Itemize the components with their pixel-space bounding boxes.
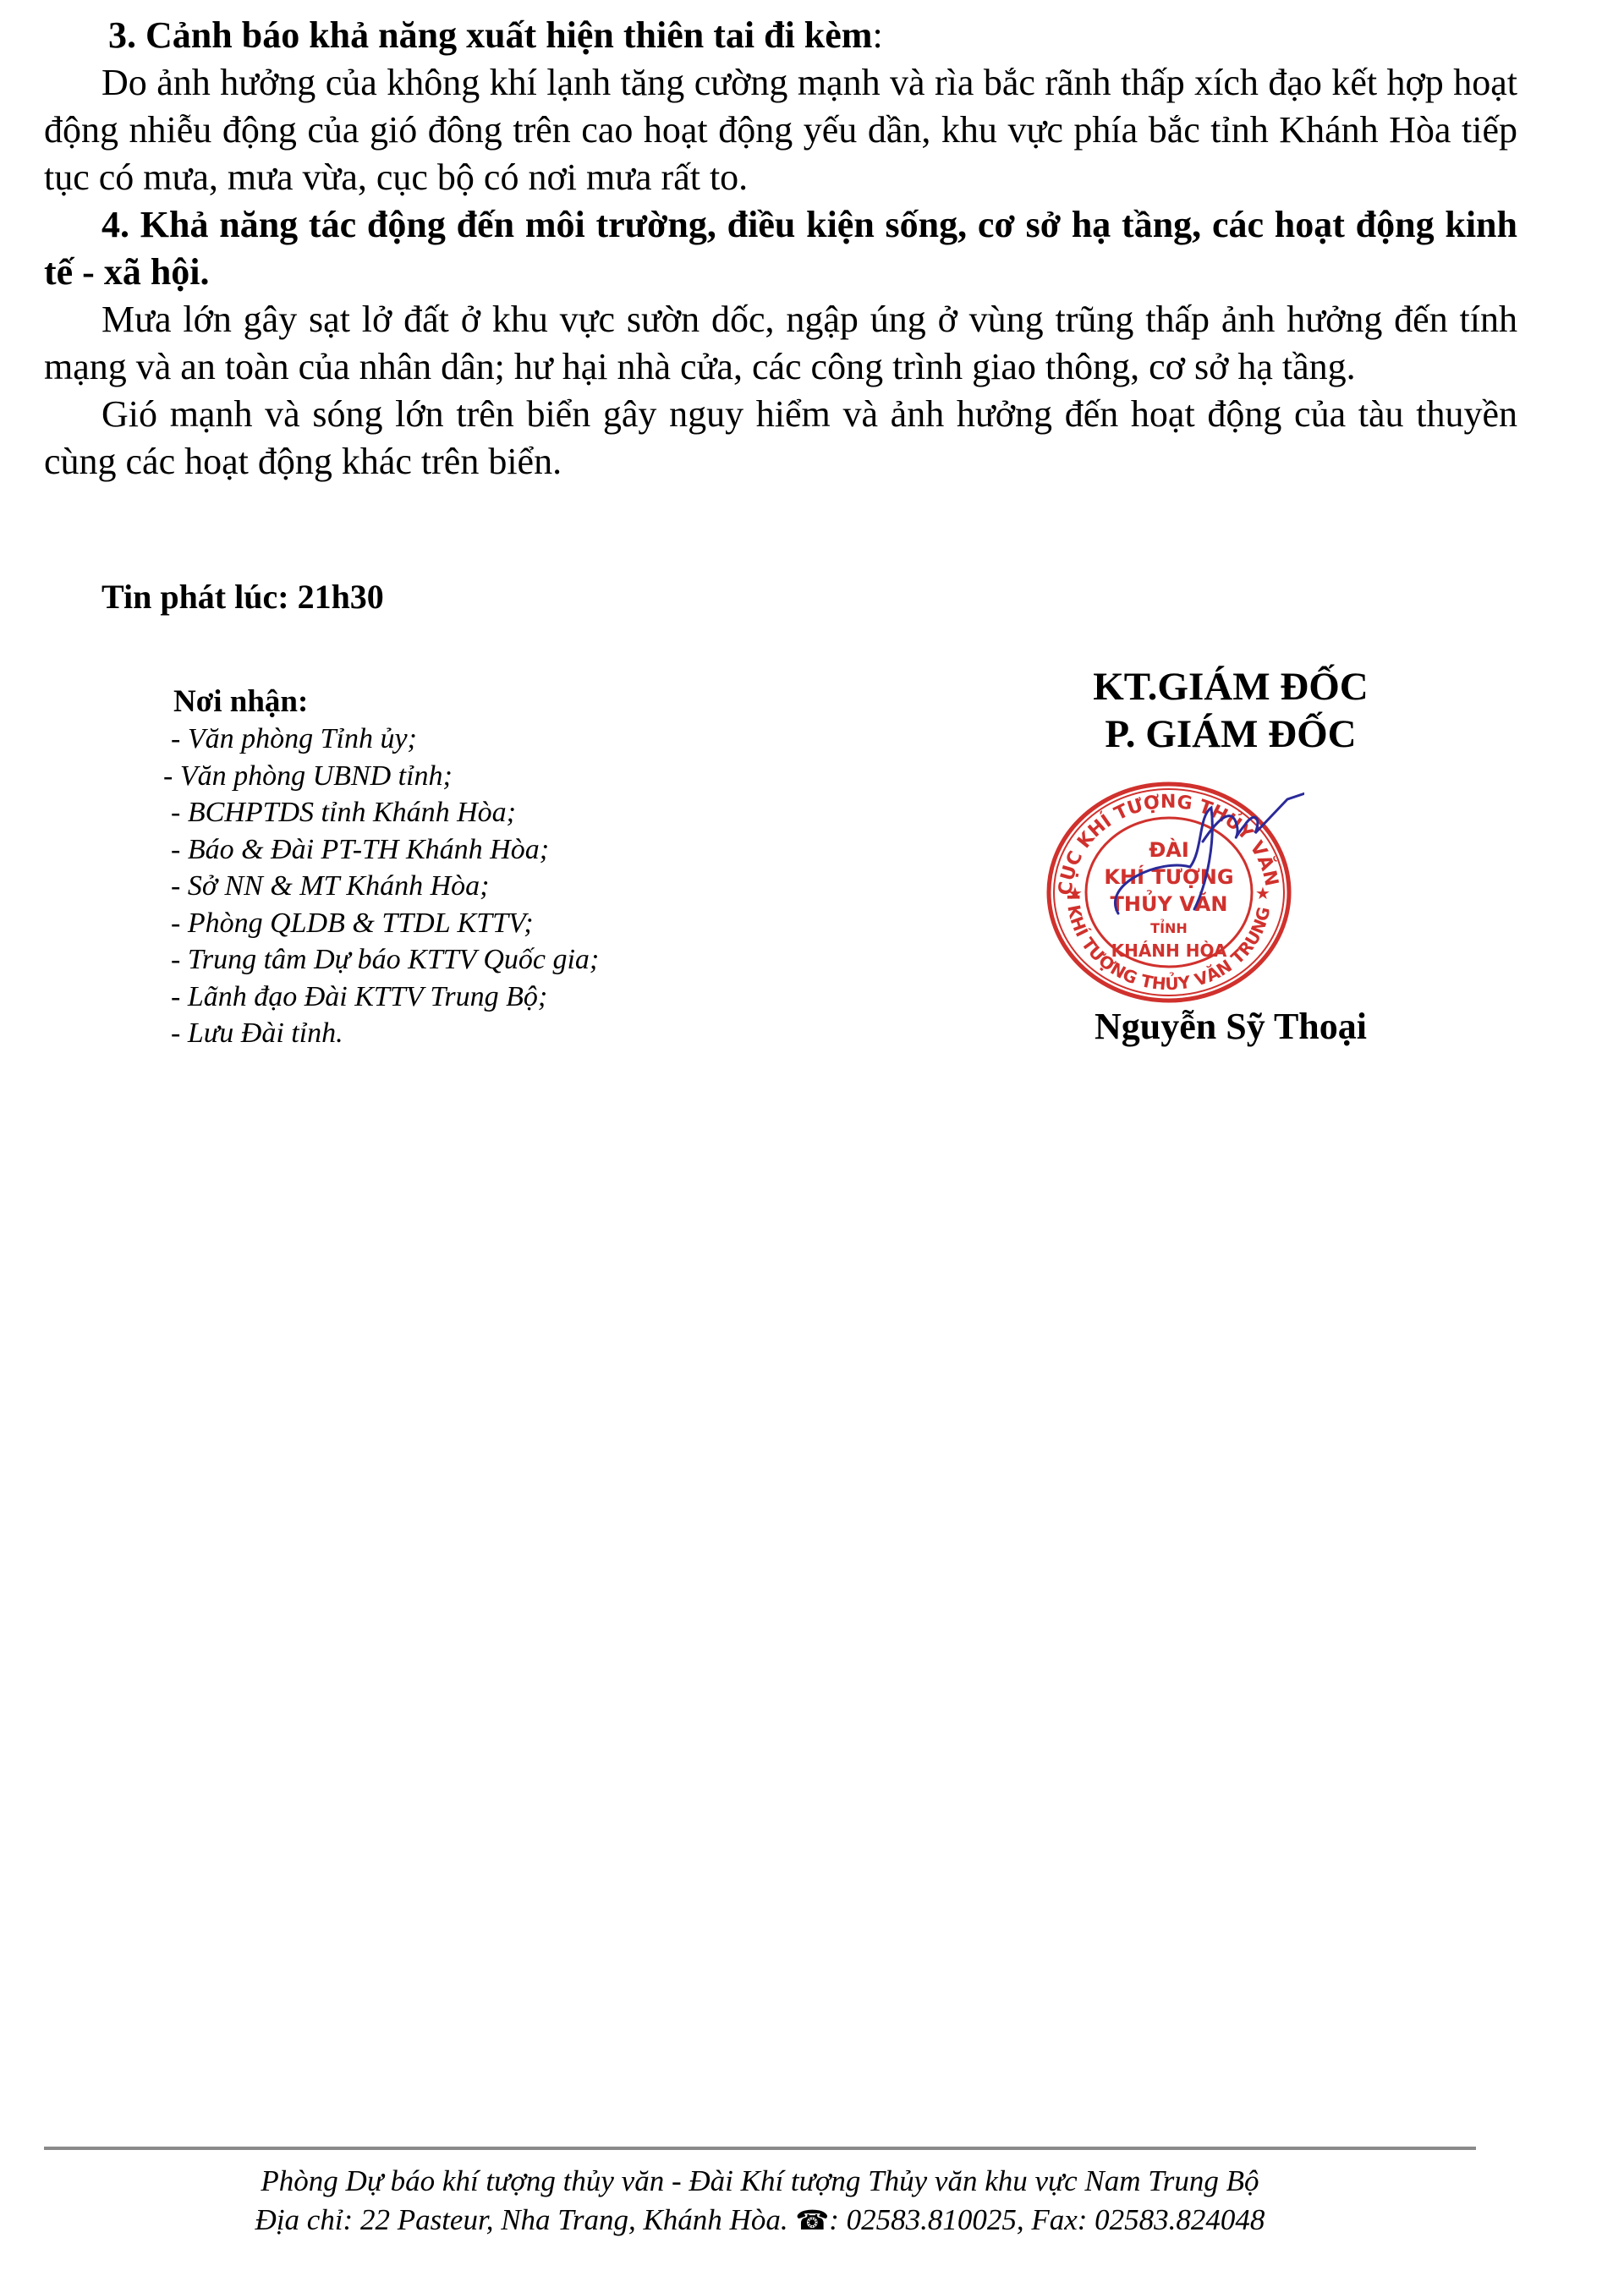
recipient-item: - Lưu Đài tỉnh.	[171, 1015, 599, 1052]
recipient-item: - BCHPTDS tỉnh Khánh Hòa;	[171, 794, 599, 831]
svg-text:ĐÀI: ĐÀI	[1149, 837, 1189, 862]
section-4-paragraph-2: Gió mạnh và sóng lớn trên biển gây nguy …	[44, 391, 1517, 485]
recipient-item: - Phòng QLDB & TTDL KTTV;	[171, 905, 599, 942]
footer-address: Địa chỉ: 22 Pasteur, Nha Trang, Khánh Hò…	[255, 2203, 788, 2236]
svg-text:★: ★	[1255, 883, 1270, 903]
document-page: 3. Cảnh báo khả năng xuất hiện thiên tai…	[0, 0, 1624, 2276]
recipient-item: - Văn phòng UBND tỉnh;	[163, 758, 599, 795]
footer-contact: : 02583.810025, Fax: 02583.824048	[829, 2203, 1265, 2236]
svg-text:KHÁNH HÒA: KHÁNH HÒA	[1111, 941, 1227, 961]
phone-icon: ☎	[795, 2205, 829, 2235]
section-4-heading: 4. Khả năng tác động đến môi trường, điề…	[44, 201, 1517, 296]
section-3-paragraph: Do ảnh hưởng của không khí lạnh tăng cườ…	[44, 59, 1517, 201]
recipient-item: - Báo & Đài PT-TH Khánh Hòa;	[171, 831, 599, 869]
recipients-block: Nơi nhận: - Văn phòng Tỉnh ủy; - Văn phò…	[173, 683, 599, 1052]
footer-divider	[44, 2147, 1476, 2150]
svg-text:THỦY VĂN: THỦY VĂN	[1111, 888, 1228, 916]
footer-line-1: Phòng Dự báo khí tượng thủy văn - Đài Kh…	[44, 2162, 1476, 2201]
svg-text:TỈNH: TỈNH	[1150, 919, 1188, 936]
recipients-title: Nơi nhận:	[173, 683, 599, 721]
recipient-item: - Trung tâm Dự báo KTTV Quốc gia;	[171, 941, 599, 979]
recipient-item: - Lãnh đạo Đài KTTV Trung Bộ;	[171, 979, 599, 1016]
signature-title-line-1: KT.GIÁM ĐỐC	[1062, 663, 1400, 710]
recipient-item: - Văn phòng Tỉnh ủy;	[171, 721, 599, 758]
signer-name: Nguyễn Sỹ Thoại	[1062, 1005, 1400, 1048]
recipients-list: - Văn phòng Tỉnh ủy; - Văn phòng UBND tỉ…	[173, 721, 599, 1052]
recipient-item: - Sở NN & MT Khánh Hòa;	[171, 868, 599, 905]
footer-line-2: Địa chỉ: 22 Pasteur, Nha Trang, Khánh Hò…	[44, 2201, 1476, 2240]
heading-colon: :	[872, 14, 882, 56]
signature-title-line-2: P. GIÁM ĐỐC	[1062, 710, 1400, 758]
official-seal-icon: CỤC KHÍ TƯỢNG THỦY VĂN ĐÀI KHÍ TƯỢNG THỦ…	[1034, 765, 1304, 1011]
footer: Phòng Dự báo khí tượng thủy văn - Đài Kh…	[44, 2162, 1476, 2240]
section-4-paragraph-1: Mưa lớn gây sạt lở đất ở khu vực sườn dố…	[44, 296, 1517, 391]
document-body: 3. Cảnh báo khả năng xuất hiện thiên tai…	[44, 12, 1517, 485]
section-3-heading: 3. Cảnh báo khả năng xuất hiện thiên tai…	[44, 12, 1517, 59]
signature-title-block: KT.GIÁM ĐỐC P. GIÁM ĐỐC	[1062, 663, 1400, 758]
issued-time: Tin phát lúc: 21h30	[101, 577, 384, 617]
section-3-heading-text: 3. Cảnh báo khả năng xuất hiện thiên tai…	[108, 14, 872, 56]
svg-text:★: ★	[1067, 883, 1083, 903]
